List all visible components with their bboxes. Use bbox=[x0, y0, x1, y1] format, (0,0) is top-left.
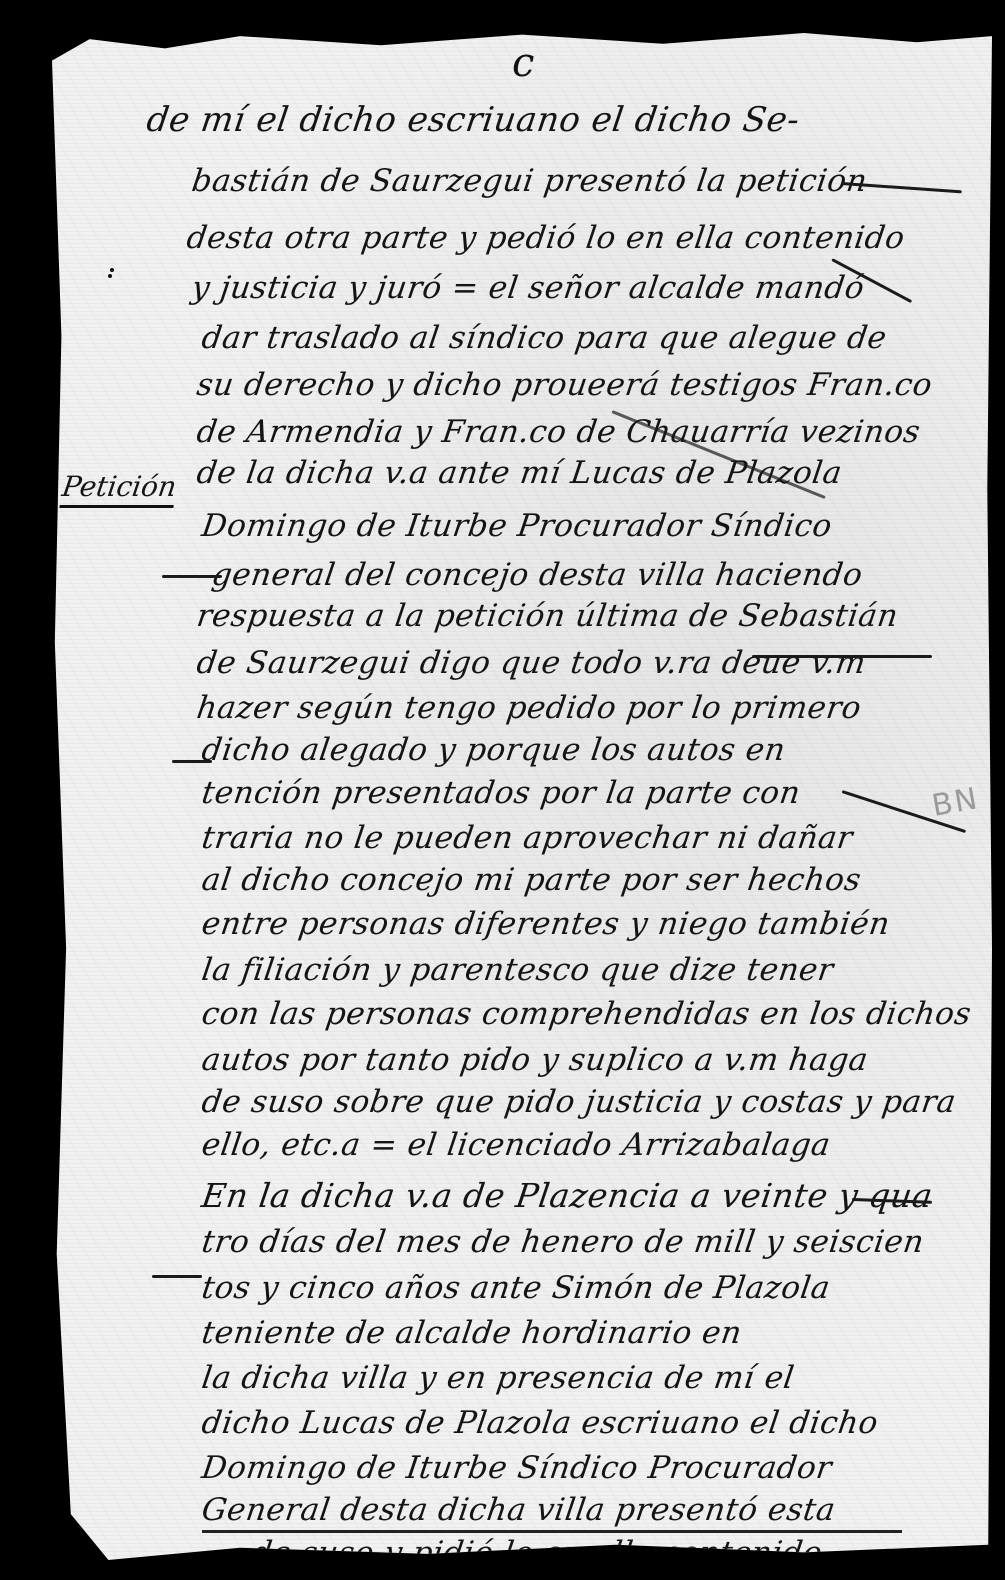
text-line: teniente de alcalde hordinario en bbox=[199, 1315, 744, 1351]
text-line: ello, etc.a = el licenciado Arrizabalaga bbox=[199, 1127, 832, 1163]
text-line: de mí el dicho escriuano el dicho Se- bbox=[144, 100, 802, 140]
text-line: de Armendia y Fran.co de Chauarría vezin… bbox=[194, 414, 922, 450]
text-line: En la dicha v.a de Plazencia a veinte y … bbox=[199, 1176, 935, 1215]
line-filler-dash bbox=[152, 1275, 202, 1278]
text-line: tención presentados por la parte con bbox=[199, 775, 802, 811]
text-line: general del concejo desta villa haciendo bbox=[209, 557, 864, 593]
text-line: tro días del mes de henero de mill y sei… bbox=[199, 1224, 926, 1260]
text-line: Domingo de Iturbe Síndico Procurador bbox=[199, 1450, 834, 1486]
closing-rule bbox=[202, 1530, 902, 1533]
text-line: dar traslado al síndico para que alegue … bbox=[199, 320, 889, 356]
text-line: dicho Lucas de Plazola escriuano el dich… bbox=[199, 1405, 880, 1441]
text-line: dicho alegado y porque los autos en bbox=[199, 732, 787, 768]
text-line: traria no le pueden aprovechar ni dañar bbox=[199, 820, 855, 856]
text-line: Domingo de Iturbe Procurador Síndico bbox=[199, 508, 834, 544]
text-line: y justicia y juró = el señor alcalde man… bbox=[189, 270, 866, 306]
text-line: desta otra parte y pedió lo en ella cont… bbox=[184, 220, 907, 256]
line-filler-dash bbox=[172, 760, 212, 763]
text-line: de Saurzegui digo que todo v.ra deue v.m bbox=[194, 645, 868, 681]
text-line: bastián de Saurzegui presentó la petició… bbox=[189, 163, 869, 199]
text-line: de suso sobre que pido justicia y costas… bbox=[199, 1084, 958, 1120]
text-line: la filiación y parentesco que dize tener bbox=[199, 952, 835, 988]
text-line: su derecho y dicho proueerá testigos Fra… bbox=[194, 367, 934, 403]
text-line: entre personas diferentes y niego tambié… bbox=[199, 906, 892, 942]
ink-dot bbox=[108, 274, 112, 278]
text-line: hazer según tengo pedido por lo primero bbox=[194, 690, 863, 726]
text-line: con las personas comprehendidas en los d… bbox=[199, 996, 973, 1032]
text-line: de suso y pidió lo en ella contenido bbox=[249, 1535, 824, 1571]
text-line: tos y cinco años ante Simón de Plazola bbox=[199, 1270, 832, 1306]
text-line: de la dicha v.a ante mí Lucas de Plazola bbox=[194, 455, 844, 491]
text-line: respuesta a la petición última de Sebast… bbox=[194, 598, 900, 634]
pen-flourish bbox=[752, 655, 932, 658]
ink-dot bbox=[110, 268, 114, 272]
text-line: General desta dicha villa presentó esta bbox=[199, 1492, 837, 1528]
line-filler-dash bbox=[162, 575, 222, 578]
faint-rule bbox=[302, 1558, 922, 1560]
text-line: la dicha villa y en presencia de mí el bbox=[199, 1360, 796, 1396]
manuscript-page: c Petición BN de mí el dicho escriuano e… bbox=[52, 30, 992, 1560]
text-line: al dicho concejo mi parte por ser hechos bbox=[199, 862, 863, 898]
text-line: autos por tanto pido y suplico a v.m hag… bbox=[199, 1042, 870, 1078]
